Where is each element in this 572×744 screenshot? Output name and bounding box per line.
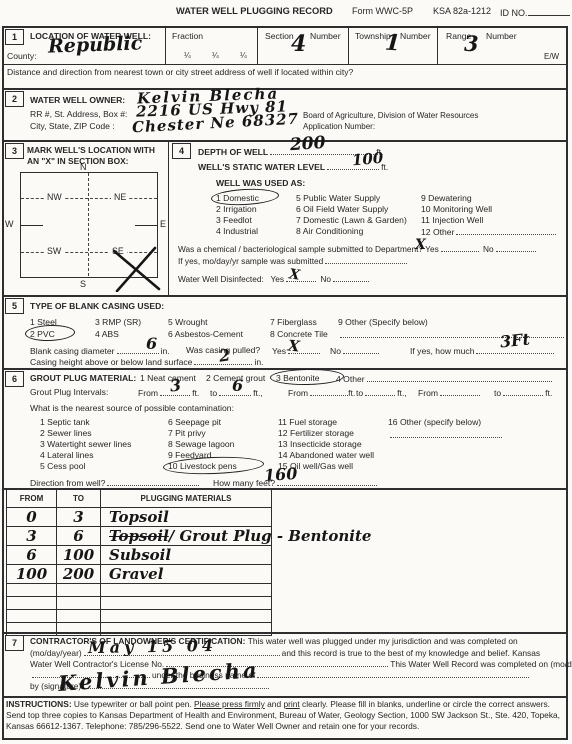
quarter-3: ¼: [240, 51, 247, 60]
table-header-to: TO: [57, 490, 101, 508]
sec3-title-line1: MARK WELL'S LOCATION WITH: [27, 145, 155, 155]
distance-question: Distance and direction from nearest town…: [7, 67, 353, 77]
row6-from: [7, 597, 57, 610]
row4-material: Gravel: [101, 565, 271, 584]
grid-dash-upper: [21, 198, 157, 199]
contam-16-other-blank: [388, 429, 504, 440]
grid-mid-tick-right: [135, 225, 157, 226]
row4-from: 100: [7, 565, 57, 584]
fraction-label: Fraction: [172, 31, 203, 41]
casing-option-5-wrought: 5 Wrought: [168, 317, 208, 327]
row6-material: [101, 597, 271, 610]
sec1-col-divider-3: [348, 26, 349, 64]
pulled-yes-x-handwritten: X: [287, 338, 300, 354]
casing-option-3-rmp: 3 RMP (SR): [95, 317, 141, 327]
divider-sec2-sec3: [2, 140, 568, 142]
sec3-sec4-divider: [168, 140, 169, 295]
use-option-5-public-water: 5 Public Water Supply: [296, 193, 380, 203]
contam-2-sewer-lines: 2 Sewer lines: [40, 428, 92, 438]
casing-other-blank-line: [338, 329, 566, 340]
grout-material-label: GROUT PLUG MATERIAL:: [30, 373, 136, 383]
row5-to: [57, 584, 101, 597]
range-value-handwritten: 3: [464, 33, 479, 54]
casing-option-7-fiberglass: 7 Fiberglass: [270, 317, 317, 327]
contam-7-pit-privy: 7 Pit privy: [168, 428, 206, 438]
section-value-handwritten: 4: [291, 33, 306, 55]
compass-west-label: W: [5, 219, 14, 229]
ifyes-blank: [325, 255, 407, 264]
section-label: Section: [265, 31, 294, 41]
contam-4-lateral-lines: 4 Lateral lines: [40, 450, 94, 460]
contam-14-abandoned-well: 14 Abandoned water well: [278, 450, 374, 460]
form-title: WATER WELL PLUGGING RECORD: [176, 6, 333, 16]
contam-3-watertight-sewer: 3 Watertight sewer lines: [40, 439, 131, 449]
use-option-10-monitoring: 10 Monitoring Well: [421, 204, 492, 214]
interval2-from-blank: [310, 387, 348, 396]
contam-8-sewage-lagoon: 8 Sewage lagoon: [168, 439, 234, 449]
contam-13-insecticide-storage: 13 Insecticide storage: [278, 439, 362, 449]
sec1-col-divider-1: [165, 26, 166, 64]
disinfected-line: Water Well Disinfected: Yes No: [178, 273, 371, 284]
row8-from: [7, 623, 57, 635]
water-well-plugging-record-form: WATER WELL PLUGGING RECORD Form WWC-5P K…: [0, 0, 572, 744]
how-much-line: If yes, how much: [410, 345, 556, 356]
ksa-statute: KSA 82a-1212: [433, 6, 491, 16]
print-underlined: print: [283, 699, 299, 709]
section-4-number: 4: [172, 143, 191, 159]
interval3-to-line: toft.: [494, 387, 552, 398]
interval3-to-blank: [503, 387, 543, 396]
table-header-from: FROM: [7, 490, 57, 508]
use-option-11-injection: 11 Injection Well: [421, 215, 483, 225]
section-1-number: 1: [5, 29, 24, 45]
grout-option-1-neat-cement: 1 Neat cement: [140, 373, 196, 383]
section-number-label: Number: [310, 31, 341, 41]
grout-other-blank: [367, 373, 552, 382]
grid-mid-tick-left: [21, 225, 43, 226]
row6-to: [57, 597, 101, 610]
chem-no-blank: [496, 243, 536, 252]
disinfected-yes-x-handwritten: X: [288, 267, 301, 282]
use-option-8-air-conditioning: 8 Air Conditioning: [296, 226, 363, 236]
interval1-from-line: Fromft.: [138, 387, 199, 398]
east-west-label: E/W: [544, 52, 559, 61]
pulled-no-blank: [343, 345, 379, 354]
county-value-handwritten: Republic: [48, 34, 143, 56]
board-of-agriculture-label: Board of Agriculture, Division of Water …: [303, 111, 478, 120]
row7-to: [57, 610, 101, 623]
divider-sec7-instructions: [2, 696, 568, 698]
section-3-number: 3: [5, 143, 24, 159]
row3-from: 6: [7, 546, 57, 565]
address-label: RR #, St. Address, Box #:: [30, 109, 127, 119]
contam-11-fuel-storage: 11 Fuel storage: [278, 417, 337, 427]
section-5-number: 5: [5, 298, 24, 314]
county-label: County:: [7, 51, 37, 61]
instructions-label: INSTRUCTIONS:: [6, 699, 72, 709]
id-no-blank: [528, 6, 570, 16]
completion-date-handwritten: May 15 04: [88, 638, 217, 656]
use-option-7-domestic-lawn: 7 Domestic (Lawn & Garden): [296, 215, 407, 225]
casing-option-4-abs: 4 ABS: [95, 329, 119, 339]
chemical-sample-question: Was a chemical / bacteriological sample …: [178, 243, 538, 254]
interval1-from-value-handwritten: 3: [169, 377, 182, 394]
height-value-handwritten: 2: [218, 347, 231, 364]
row3-to: 100: [57, 546, 101, 565]
grout-intervals-label: Grout Plug Intervals:: [30, 387, 108, 397]
contam-12-fertilizer-storage: 12 Fertilizer storage: [278, 428, 354, 438]
feet-value-handwritten: 160: [263, 466, 297, 484]
press-firmly-underlined: Please press firmly: [194, 699, 265, 709]
direction-from-well-line: Direction from well?: [30, 477, 201, 488]
contam-1-septic-tank: 1 Septic tank: [40, 417, 90, 427]
use-option-2-irrigation: 2 Irrigation: [216, 204, 257, 214]
interval1-to-value-handwritten: 6: [232, 378, 243, 394]
interval2-to-line: toft.,: [356, 387, 407, 398]
range-number-label: Number: [486, 31, 517, 41]
form-number: Form WWC-5P: [352, 6, 413, 16]
sec1-col-divider-4: [437, 26, 438, 64]
direction-blank: [107, 477, 199, 486]
row8-material: [101, 623, 271, 635]
section-6-number: 6: [5, 371, 24, 387]
how-much-value-handwritten: 3Ft: [499, 331, 530, 350]
interval2-to-blank: [365, 387, 395, 396]
chem-no-x-handwritten: X: [415, 238, 426, 252]
row4-to: 200: [57, 565, 101, 584]
grout-option-4-other: 4 Other: [336, 373, 554, 384]
grid-dash-vertical: [88, 173, 89, 276]
chem-yes-blank: [441, 243, 479, 252]
row2-from: 3: [7, 527, 57, 546]
plugging-materials-table: FROM TO PLUGGING MATERIALS 0 3 Topsoil 3…: [6, 489, 272, 636]
contamination-question: What is the nearest source of possible c…: [30, 403, 234, 413]
table-header-materials: PLUGGING MATERIALS: [101, 490, 271, 508]
well-location-x-mark: [110, 246, 162, 292]
row3-material: Subsoil: [101, 546, 271, 565]
business-name-blank: [257, 669, 529, 678]
sec5-title: TYPE OF BLANK CASING USED:: [30, 301, 164, 311]
contam-6-seepage-pit: 6 Seepage pit: [168, 417, 221, 427]
pulled-no-line: No: [330, 345, 381, 356]
interval2-from-line: Fromft.: [288, 387, 355, 398]
row1-from: 0: [7, 508, 57, 527]
township-value-handwritten: 1: [384, 31, 401, 54]
quarter-1: ¼: [184, 51, 191, 60]
interval3-from-blank: [440, 387, 480, 396]
row2-material: Topsoil/ Grout Plug - Bentonite: [101, 527, 271, 546]
row7-from: [7, 610, 57, 623]
use-option-12-other: 12 Other: [421, 226, 558, 237]
casing-option-6-asbestos: 6 Asbestos-Cement: [168, 329, 243, 339]
row1-to: 3: [57, 508, 101, 527]
casing-option-9-other: 9 Other (Specify below): [338, 317, 428, 327]
quadrant-ne-label: NE: [111, 192, 129, 202]
quarter-2: ¼: [212, 51, 219, 60]
application-number-label: Application Number:: [303, 122, 375, 131]
use-option-4-industrial: 4 Industrial: [216, 226, 258, 236]
sec1-distance-divider: [2, 64, 568, 65]
static-level-value-handwritten: 100: [351, 151, 384, 169]
disinfected-no-blank: [333, 273, 369, 282]
row2-to: 6: [57, 527, 101, 546]
use-other-blank: [456, 226, 556, 235]
owner-label: WATER WELL OWNER:: [30, 95, 125, 105]
well-used-as-label: WELL WAS USED AS:: [216, 178, 305, 188]
row1-material: Topsoil: [101, 508, 271, 527]
use-option-9-dewatering: 9 Dewatering: [421, 193, 472, 203]
id-no-label: ID NO.: [500, 6, 570, 18]
compass-south-label: S: [80, 279, 86, 289]
divider-sec3-sec5: [2, 295, 568, 297]
row5-material: [101, 584, 271, 597]
divider-sec1-sec2: [2, 88, 568, 90]
contam-16-other: 16 Other (specify below): [388, 417, 481, 427]
row5-from: [7, 584, 57, 597]
sec1-col-divider-2: [257, 26, 258, 64]
ifyes-sample-line: If yes, mo/day/yr sample was submitted: [178, 255, 409, 266]
city-state-zip-label: City, State, ZIP Code :: [30, 121, 115, 131]
compass-north-label: N: [80, 162, 87, 172]
township-number-label: Number: [400, 31, 431, 41]
instructions-paragraph: INSTRUCTIONS: Use typewriter or ball poi…: [6, 699, 564, 731]
section-2-number: 2: [5, 91, 24, 107]
quadrant-nw-label: NW: [44, 192, 65, 202]
divider-sec5-sec6: [2, 368, 568, 370]
quadrant-sw-label: SW: [44, 246, 64, 256]
compass-east-label: E: [160, 219, 166, 229]
diameter-value-handwritten: 6: [146, 336, 157, 352]
sec3-title-line2: AN "X" IN SECTION BOX:: [27, 156, 128, 166]
section-7-number: 7: [5, 635, 24, 651]
contam-5-cess-pool: 5 Cess pool: [40, 461, 85, 471]
use-option-6-oil-field: 6 Oil Field Water Supply: [296, 204, 388, 214]
depth-value-handwritten: 200: [289, 135, 326, 154]
row8-to: [57, 623, 101, 635]
use-option-3-feedlot: 3 Feedlot: [216, 215, 252, 225]
interval3-from-line: From: [418, 387, 482, 398]
row7-material: [101, 610, 271, 623]
